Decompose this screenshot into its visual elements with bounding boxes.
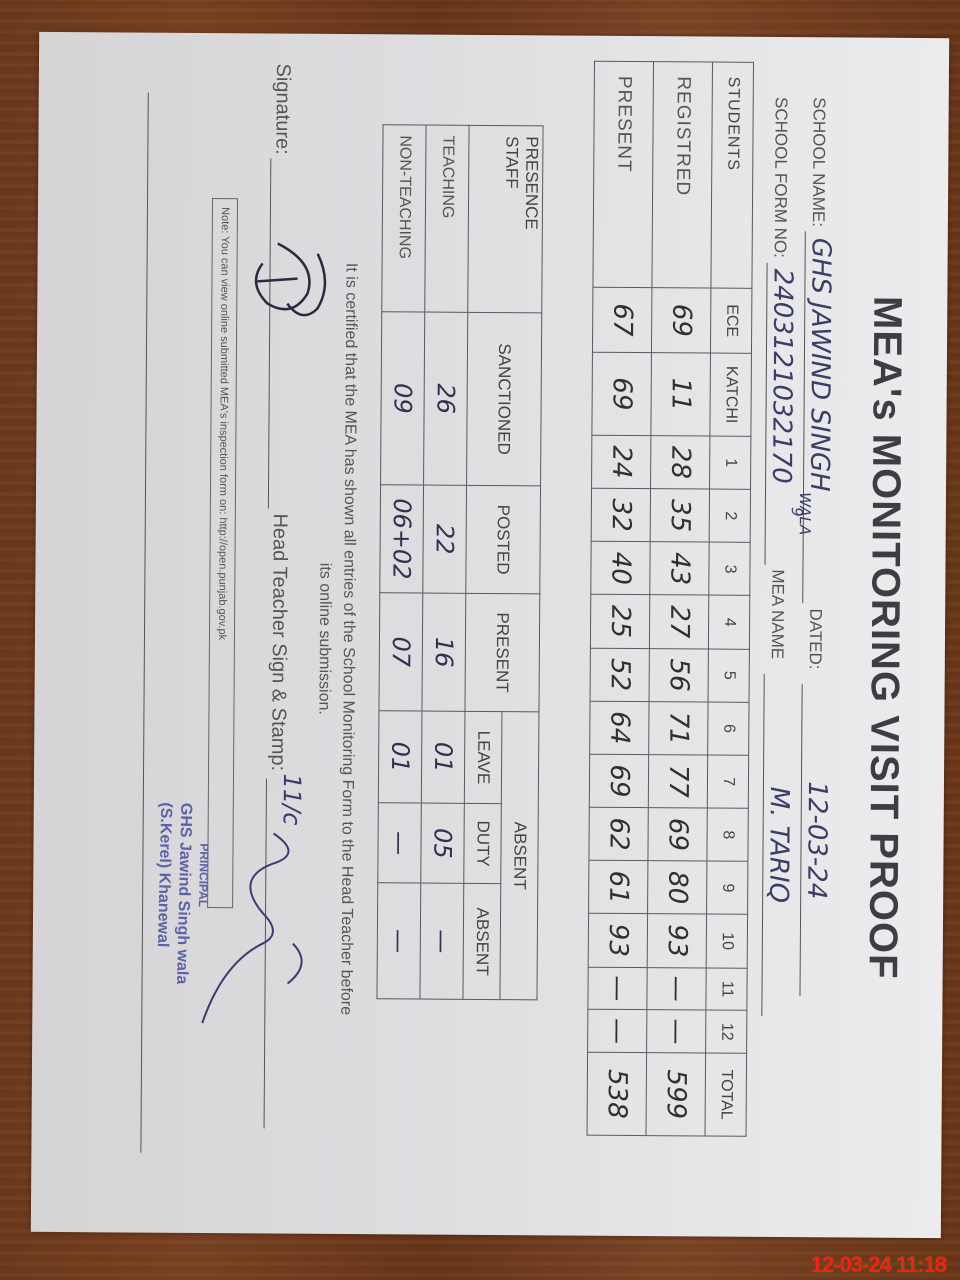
school-stamp: PRINCIPAL GHS Jawind Singh wala (S.Kerel…	[151, 802, 215, 985]
column-header: 9	[707, 861, 748, 914]
bottom-divider	[140, 93, 148, 1153]
photo-timestamp: 12-03-24 11:18	[811, 1252, 946, 1278]
staff-corner-header: PRESENCE STAFF	[468, 125, 543, 313]
table-cell: 93	[588, 914, 647, 968]
table-cell: 16	[422, 593, 466, 711]
column-header: PRESENT	[465, 593, 540, 712]
row-label: REGISTRED	[652, 62, 713, 288]
column-header: 8	[707, 808, 748, 861]
table-cell: 40	[591, 542, 650, 596]
head-teacher-initials: 11/c	[278, 774, 306, 826]
row-label: PRESENT	[593, 61, 654, 287]
table-cell: 69	[592, 352, 652, 435]
dated-label: DATED:	[805, 608, 825, 669]
students-table: STUDENTS ECE KATCHI 1 2 3 4 5 6 7 8 9 10…	[587, 61, 755, 1137]
table-cell: 07	[379, 593, 423, 711]
table-cell: 25	[590, 595, 649, 649]
table-cell: —	[588, 1009, 647, 1052]
column-header: 10	[706, 914, 747, 967]
mea-signature-icon	[237, 223, 338, 374]
table-cell: —	[420, 883, 464, 999]
column-header: 4	[708, 595, 749, 648]
table-cell: 22	[423, 485, 467, 593]
table-cell: 09	[381, 312, 425, 485]
head-teacher-label: Head Teacher Sign & Stamp:	[266, 513, 291, 771]
school-form-no-value: 2403121032170	[764, 263, 797, 565]
column-header: POSTED	[466, 485, 541, 594]
table-cell: 69	[651, 288, 710, 353]
school-name-value: GHS JAWIND SINGH	[802, 232, 836, 604]
paper-sheet: MEA's MONITORING VISIT PROOF SCHOOL NAME…	[31, 32, 949, 1238]
column-header: KATCHI	[710, 353, 752, 436]
column-header: 3	[709, 542, 750, 595]
column-header: 1	[710, 436, 751, 489]
table-cell: 27	[649, 595, 708, 649]
school-name-label: SCHOOL NAME:	[808, 97, 829, 227]
table-cell: 80	[648, 861, 707, 915]
school-form-no-label: SCHOOL FORM NO:	[770, 97, 791, 258]
table-row: REGISTRED 69 11 28 35 43 27 56 71 77 69 …	[646, 62, 712, 1136]
table-cell: 43	[650, 542, 709, 596]
table-row: NON-TEACHING 09 06+02 07 01 — —	[377, 125, 426, 999]
students-header-row: STUDENTS ECE KATCHI 1 2 3 4 5 6 7 8 9 10…	[705, 62, 753, 1136]
staff-label: STAFF	[502, 136, 521, 189]
table-cell: —	[647, 1010, 706, 1053]
column-header: 12	[706, 1010, 747, 1053]
column-header: DUTY	[464, 803, 502, 883]
table-cell: 32	[591, 488, 650, 542]
table-cell: —	[647, 967, 706, 1010]
mea-name-label: MEA NAME	[767, 569, 788, 659]
table-cell: 71	[649, 701, 708, 755]
presence-label: PRESENCE	[522, 136, 542, 230]
table-cell: 62	[589, 807, 648, 861]
column-header: STUDENTS	[711, 62, 754, 288]
form-title: MEA's MONITORING VISIT PROOF	[859, 188, 910, 1088]
online-view-note: Note: You can view online submitted MEA'…	[207, 198, 238, 908]
table-cell: —	[378, 803, 422, 884]
table-cell: —	[377, 883, 421, 999]
table-cell: 77	[648, 755, 707, 809]
table-cell: 11	[651, 353, 711, 436]
table-cell: 61	[589, 860, 648, 914]
school-form-no-suffix: 9	[788, 507, 806, 517]
school-form-no-row: SCHOOL FORM NO: 2403121032170 MEA NAME M…	[761, 97, 798, 1016]
column-header: 11	[706, 968, 747, 1011]
staff-table: PRESENCE STAFF SANCTIONED POSTED PRESENT…	[376, 124, 543, 1000]
table-cell: 69	[648, 808, 707, 862]
table-cell: 01	[378, 711, 422, 803]
table-cell: 56	[649, 648, 708, 702]
table-cell: 35	[650, 489, 709, 543]
column-header: 7	[707, 755, 748, 808]
table-cell: 01	[421, 711, 465, 803]
column-header: 2	[709, 489, 750, 542]
total-cell: 538	[587, 1052, 647, 1135]
school-name-row: SCHOOL NAME: GHS JAWIND SINGH DATED: 12-…	[799, 97, 836, 996]
row-label: TEACHING	[425, 125, 469, 312]
table-cell: 26	[424, 312, 468, 485]
table-cell: 67	[592, 287, 651, 352]
column-header: SANCTIONED	[467, 312, 542, 486]
staff-header-row: PRESENCE STAFF SANCTIONED POSTED PRESENT…	[500, 126, 543, 1000]
column-header: ECE	[710, 288, 751, 353]
column-header: 5	[708, 649, 749, 702]
total-cell: 599	[646, 1053, 706, 1136]
signature-label: Signature:	[270, 63, 294, 154]
table-cell: 69	[589, 754, 648, 808]
table-cell: 52	[590, 648, 649, 702]
table-row: TEACHING 26 22 16 01 05 —	[420, 125, 469, 999]
column-header: 6	[708, 702, 749, 755]
row-label: NON-TEACHING	[382, 125, 426, 312]
table-cell: 93	[647, 914, 706, 968]
table-cell: 06+02	[380, 485, 424, 593]
absent-group-header: ABSENT	[500, 712, 539, 1000]
mea-name-value: M. TARIQ	[761, 674, 794, 1016]
column-header: ABSENT	[463, 884, 501, 1000]
table-cell: —	[588, 967, 647, 1010]
table-row: PRESENT 67 69 24 32 40 25 52 64 69 62 61…	[587, 61, 653, 1135]
table-cell: 24	[592, 435, 651, 489]
monitoring-form: MEA's MONITORING VISIT PROOF SCHOOL NAME…	[31, 32, 949, 1238]
dated-value: 12-03-24	[799, 684, 832, 996]
table-cell: 28	[651, 436, 710, 490]
column-header: LEAVE	[464, 711, 502, 803]
column-header: TOTAL	[705, 1053, 747, 1136]
table-cell: 05	[421, 803, 465, 884]
table-cell: 64	[590, 701, 649, 755]
